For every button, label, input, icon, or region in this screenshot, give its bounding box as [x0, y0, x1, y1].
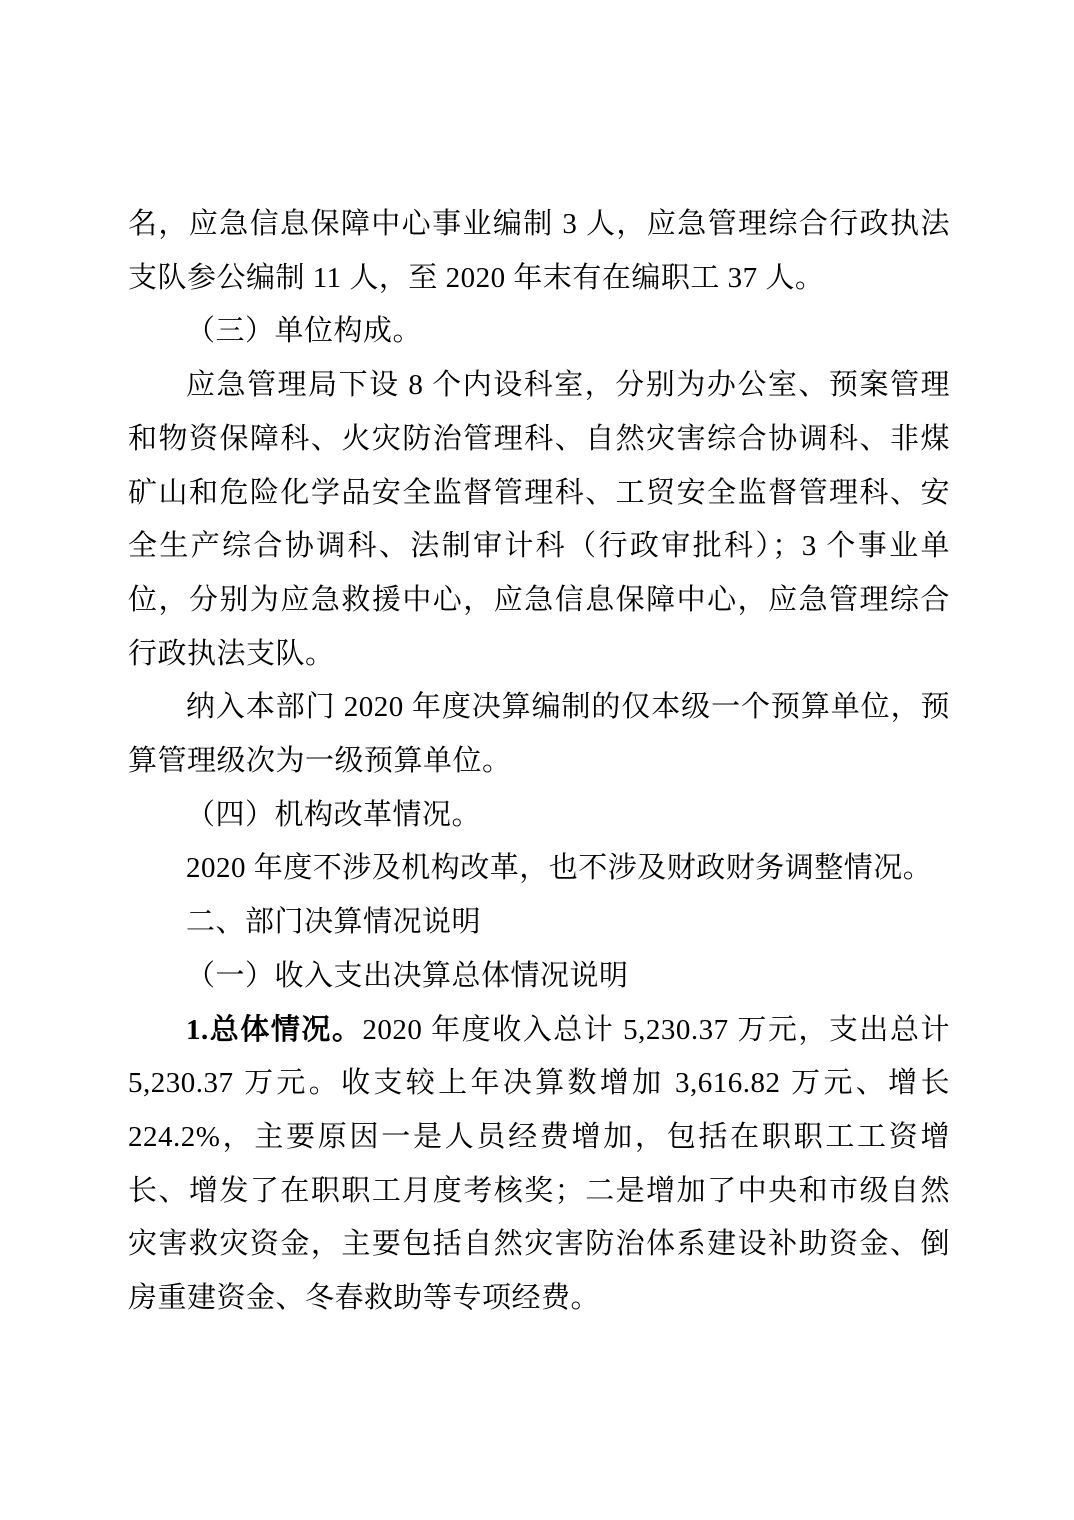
- heading-unit-composition: （三）单位构成。: [128, 305, 950, 359]
- paragraph-staffing-continuation: 名，应急信息保障中心事业编制 3 人，应急管理综合行政执法支队参公编制 11 人…: [128, 198, 950, 305]
- heading-section-two: 二、部门决算情况说明: [128, 896, 950, 950]
- paragraph-overall-situation: 1.总体情况。2020 年度收入总计 5,230.37 万元，支出总计 5,23…: [128, 1004, 950, 1326]
- document-page: 名，应急信息保障中心事业编制 3 人，应急管理综合行政执法支队参公编制 11 人…: [0, 0, 1074, 1520]
- paragraph-internal-offices: 应急管理局下设 8 个内设科室，分别为办公室、预案管理和物资保障科、火灾防治管理…: [128, 359, 950, 681]
- document-text-block: 名，应急信息保障中心事业编制 3 人，应急管理综合行政执法支队参公编制 11 人…: [128, 198, 950, 1326]
- overall-situation-lead-label: 1.总体情况。: [186, 1014, 362, 1046]
- paragraph-org-reform-status: 2020 年度不涉及机构改革，也不涉及财政财务调整情况。: [128, 842, 950, 896]
- overall-situation-body-text: 2020 年度收入总计 5,230.37 万元，支出总计 5,230.37 万元…: [128, 1014, 950, 1315]
- paragraph-budget-unit: 纳入本部门 2020 年度决算编制的仅本级一个预算单位，预算管理级次为一级预算单…: [128, 681, 950, 788]
- heading-income-expenditure-overview: （一）收入支出决算总体情况说明: [128, 950, 950, 1004]
- heading-org-reform: （四）机构改革情况。: [128, 789, 950, 843]
